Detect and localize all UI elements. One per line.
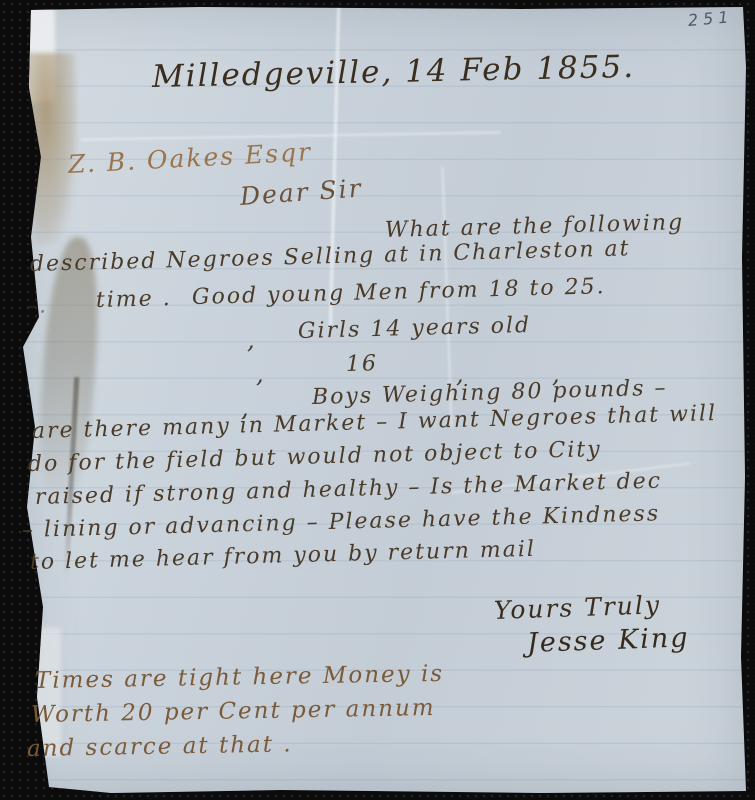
postscript-line-3: and scarce at that . [27, 733, 293, 761]
body-line-4: Girls 14 years old [298, 315, 532, 343]
ditto-mark: , [256, 362, 266, 386]
body-line-5: 16 [346, 353, 379, 376]
signature: Jesse King [527, 624, 690, 657]
archival-page-number: 251 [687, 9, 734, 29]
closing: Yours Truly [494, 592, 662, 623]
ditto-mark: , [247, 328, 257, 352]
photo-background: 251 Milledgeville, 14 Feb 1855. Z. B. Oa… [0, 0, 755, 800]
body-line-3a: time . [96, 288, 172, 312]
body-line-3-damaged-mark: –. [26, 295, 49, 318]
